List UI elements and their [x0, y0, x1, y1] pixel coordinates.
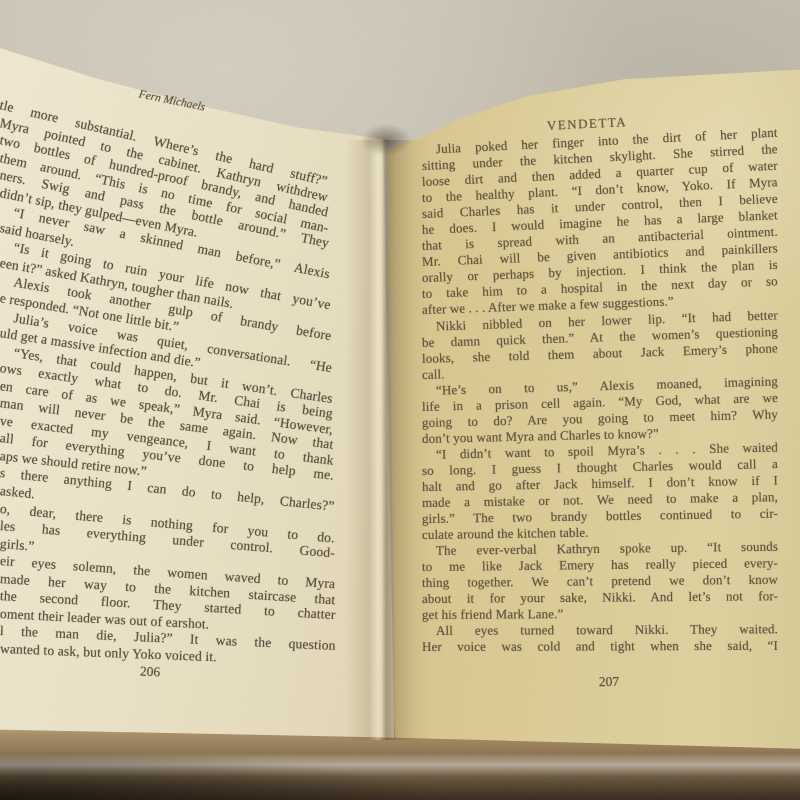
text-line: Her voice was cold and tight when she sa… [422, 638, 778, 655]
right-page-text: Julia poked her finger into the dirt of … [422, 142, 778, 656]
text-line: All eyes turned toward Nikki. They waite… [422, 622, 778, 640]
left-page-text: tle more substantial. Where’s the hard s… [0, 96, 336, 658]
right-page-number: 207 [577, 674, 641, 691]
left-page-number: 206 [118, 663, 183, 682]
open-book-photo: Fern Michaels tle more substantial. Wher… [0, 0, 800, 800]
spine-gutter-shadow [345, 140, 431, 740]
gutter-top-shadow [360, 124, 412, 156]
